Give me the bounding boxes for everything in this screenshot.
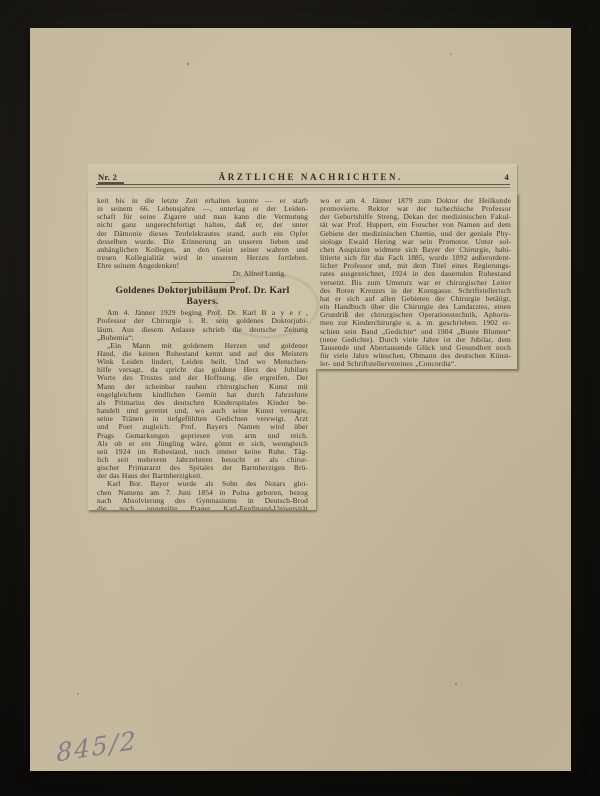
- right-column-text: wo er am 4. Jänner 1879 zum Doktor der H…: [320, 197, 511, 368]
- section-divider: [171, 282, 235, 283]
- clipping-right-column: wo er am 4. Jänner 1879 zum Doktor der H…: [316, 192, 517, 369]
- obituary-text: keit bis in die letzte Zeit erhalten kon…: [97, 197, 308, 270]
- paper-speck: [187, 63, 189, 65]
- clipping-left-column: keit bis in die letzte Zeit erhalten kon…: [88, 192, 316, 510]
- album-page: Nr. 2 ÄRZTLICHE NACHRICHTEN. 4 keit bis …: [30, 28, 571, 771]
- ring-stain: [215, 272, 319, 338]
- article-paragraph-2: „Ein Mann mit goldenem Herzen und golden…: [97, 342, 308, 481]
- masthead-title: ÄRZTLICHE NACHRICHTEN.: [219, 172, 403, 182]
- clipping-masthead: Nr. 2 ÄRZTLICHE NACHRICHTEN. 4: [88, 164, 517, 192]
- article-paragraph-3: Karl Bor. Bayer wurde als Sohn des Notar…: [97, 480, 308, 510]
- masthead-rule: [96, 184, 510, 188]
- masthead-issue-number: Nr. 2: [98, 172, 117, 182]
- scan-photo-background: Nr. 2 ÄRZTLICHE NACHRICHTEN. 4 keit bis …: [0, 0, 600, 796]
- pencil-annotation: 845/2: [56, 725, 138, 767]
- masthead-page-number: 4: [504, 172, 509, 182]
